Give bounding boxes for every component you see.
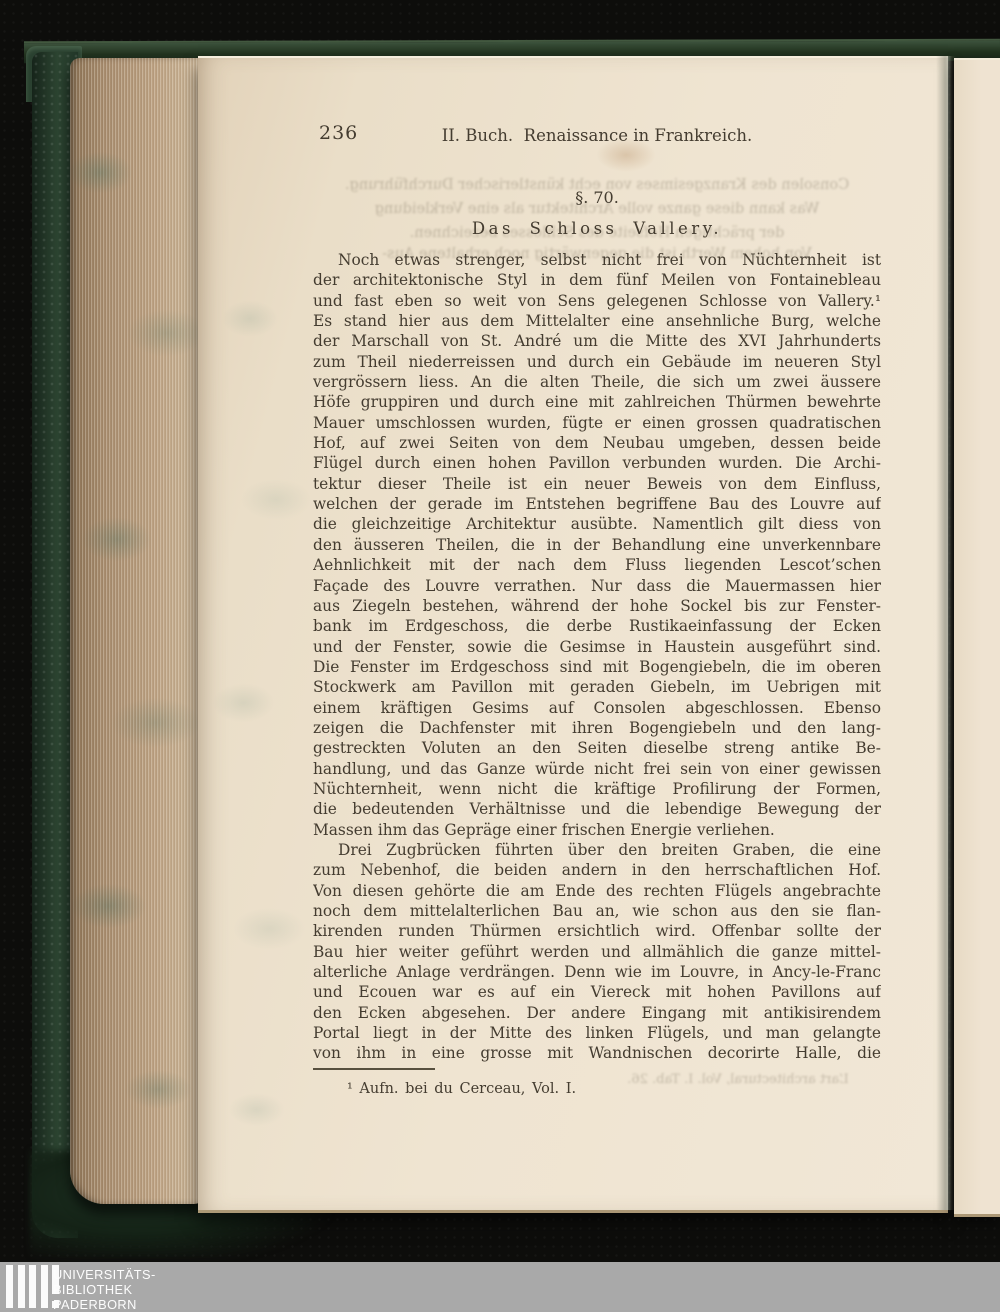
body-line: und Ecouen war es auf ein Viereck mit ho… [313, 982, 881, 1002]
watermark-line: BIBLIOTHEK [53, 1282, 156, 1297]
body-line: zeigen die Dachfenster mit ihren Bogengi… [313, 718, 881, 738]
body-line: Flügel durch einen hohen Pavillon verbun… [313, 453, 881, 473]
logo-bar-icon [41, 1265, 48, 1308]
body-line: bank im Erdgeschoss, die derbe Rustikaei… [313, 616, 881, 636]
body-line: aus Ziegeln bestehen, während der hohe S… [313, 596, 881, 616]
body-line: den Ecken abgesehen. Der andere Eingang … [313, 1003, 881, 1023]
section-title: Das Schloss Vallery. [313, 219, 881, 238]
body-line: die gleichzeitige Architektur ausübte. N… [313, 514, 881, 534]
body-line: Aehnlichkeit mit der nach dem Fluss lieg… [313, 555, 881, 575]
body-line: von ihm in eine grosse mit Wandnischen d… [313, 1043, 881, 1063]
footnote-rule [313, 1068, 435, 1070]
watermark-line: UNIVERSITÄTS- [53, 1267, 156, 1282]
watermark-text: UNIVERSITÄTS- BIBLIOTHEK PADERBORN [53, 1267, 156, 1312]
body-line: Höfe gruppiren und durch eine mit zahlre… [313, 392, 881, 412]
body-line: Mauer umschlossen wurden, fügte er einen… [313, 413, 881, 433]
body-line: Noch etwas strenger, selbst nicht frei v… [313, 250, 881, 270]
body-line: Massen ihm das Gepräge einer frischen En… [313, 820, 881, 840]
body-line: zum Nebenhof, die beiden andern in den h… [313, 860, 881, 880]
body-line: tektur dieser Theile ist ein neuer Bewei… [313, 474, 881, 494]
body-line: und der Fenster, sowie die Gesimse in Ha… [313, 637, 881, 657]
body-line: Bau hier weiter geführt werden und allmä… [313, 942, 881, 962]
body-line: noch dem mittelalterlichen Bau an, wie s… [313, 901, 881, 921]
bleedthrough-footnote: L’art architectural, Vol. I. Tab. 26. [603, 1072, 873, 1087]
body-line: Nüchternheit, wenn nicht die kräftige Pr… [313, 779, 881, 799]
running-title: II. Buch. Renaissance in Frankreich. [313, 126, 881, 145]
section-mark: §. 70. [313, 188, 881, 207]
body-line: Drei Zugbrücken führten über den breiten… [313, 840, 881, 860]
body-line: handlung, und das Ganze würde nicht frei… [313, 759, 881, 779]
body-line: der Marschall von St. André um die Mitte… [313, 331, 881, 351]
page-edge-stack [70, 58, 208, 1204]
body-text: Noch etwas strenger, selbst nicht frei v… [313, 250, 881, 1064]
body-line: den äusseren Theilen, die in der Behandl… [313, 535, 881, 555]
body-line: Façade des Louvre verrathen. Nur dass di… [313, 576, 881, 596]
body-line: und fast eben so weit von Sens gelegenen… [313, 291, 881, 311]
body-line: vergrössern liess. An die alten Theile, … [313, 372, 881, 392]
watermark-line: PADERBORN [53, 1297, 156, 1312]
page-gutter-shadow [936, 56, 956, 1210]
logo-bar-icon [18, 1265, 25, 1308]
body-line: Es stand hier aus dem Mittelalter eine a… [313, 311, 881, 331]
logo-bar-icon [6, 1265, 13, 1308]
body-line: einem kräftigen Gesims auf Consolen abge… [313, 698, 881, 718]
facing-page-sliver [954, 58, 1000, 1214]
body-line: Portal liegt in der Mitte des linken Flü… [313, 1023, 881, 1043]
book-scan: Consolen des Kranzgesimses von echt küns… [0, 0, 1000, 1312]
page-content: Consolen des Kranzgesimses von echt küns… [313, 0, 881, 1312]
watermark-bar: UNIVERSITÄTS- BIBLIOTHEK PADERBORN [0, 1262, 1000, 1312]
body-line: Von diesen gehörte die am Ende des recht… [313, 881, 881, 901]
body-line: gestreckten Voluten an den Seiten diesel… [313, 738, 881, 758]
body-line: zum Theil niederreissen und durch ein Ge… [313, 352, 881, 372]
body-line: der architektonische Styl in dem fünf Me… [313, 270, 881, 290]
body-line: kirenden runden Thürmen ersichtlich wird… [313, 921, 881, 941]
logo-bar-icon [29, 1265, 36, 1308]
body-line: Stockwerk am Pavillon mit geraden Giebel… [313, 677, 881, 697]
footnote: ¹ Aufn. bei du Cerceau, Vol. I. [347, 1081, 576, 1097]
body-line: welchen der gerade im Entstehen begriffe… [313, 494, 881, 514]
body-line: Hof, auf zwei Seiten von dem Neubau umge… [313, 433, 881, 453]
body-line: Die Fenster im Erdgeschoss sind mit Boge… [313, 657, 881, 677]
body-line: alterliche Anlage verdrängen. Denn wie i… [313, 962, 881, 982]
body-line: die bedeutenden Verhältnisse und die leb… [313, 799, 881, 819]
